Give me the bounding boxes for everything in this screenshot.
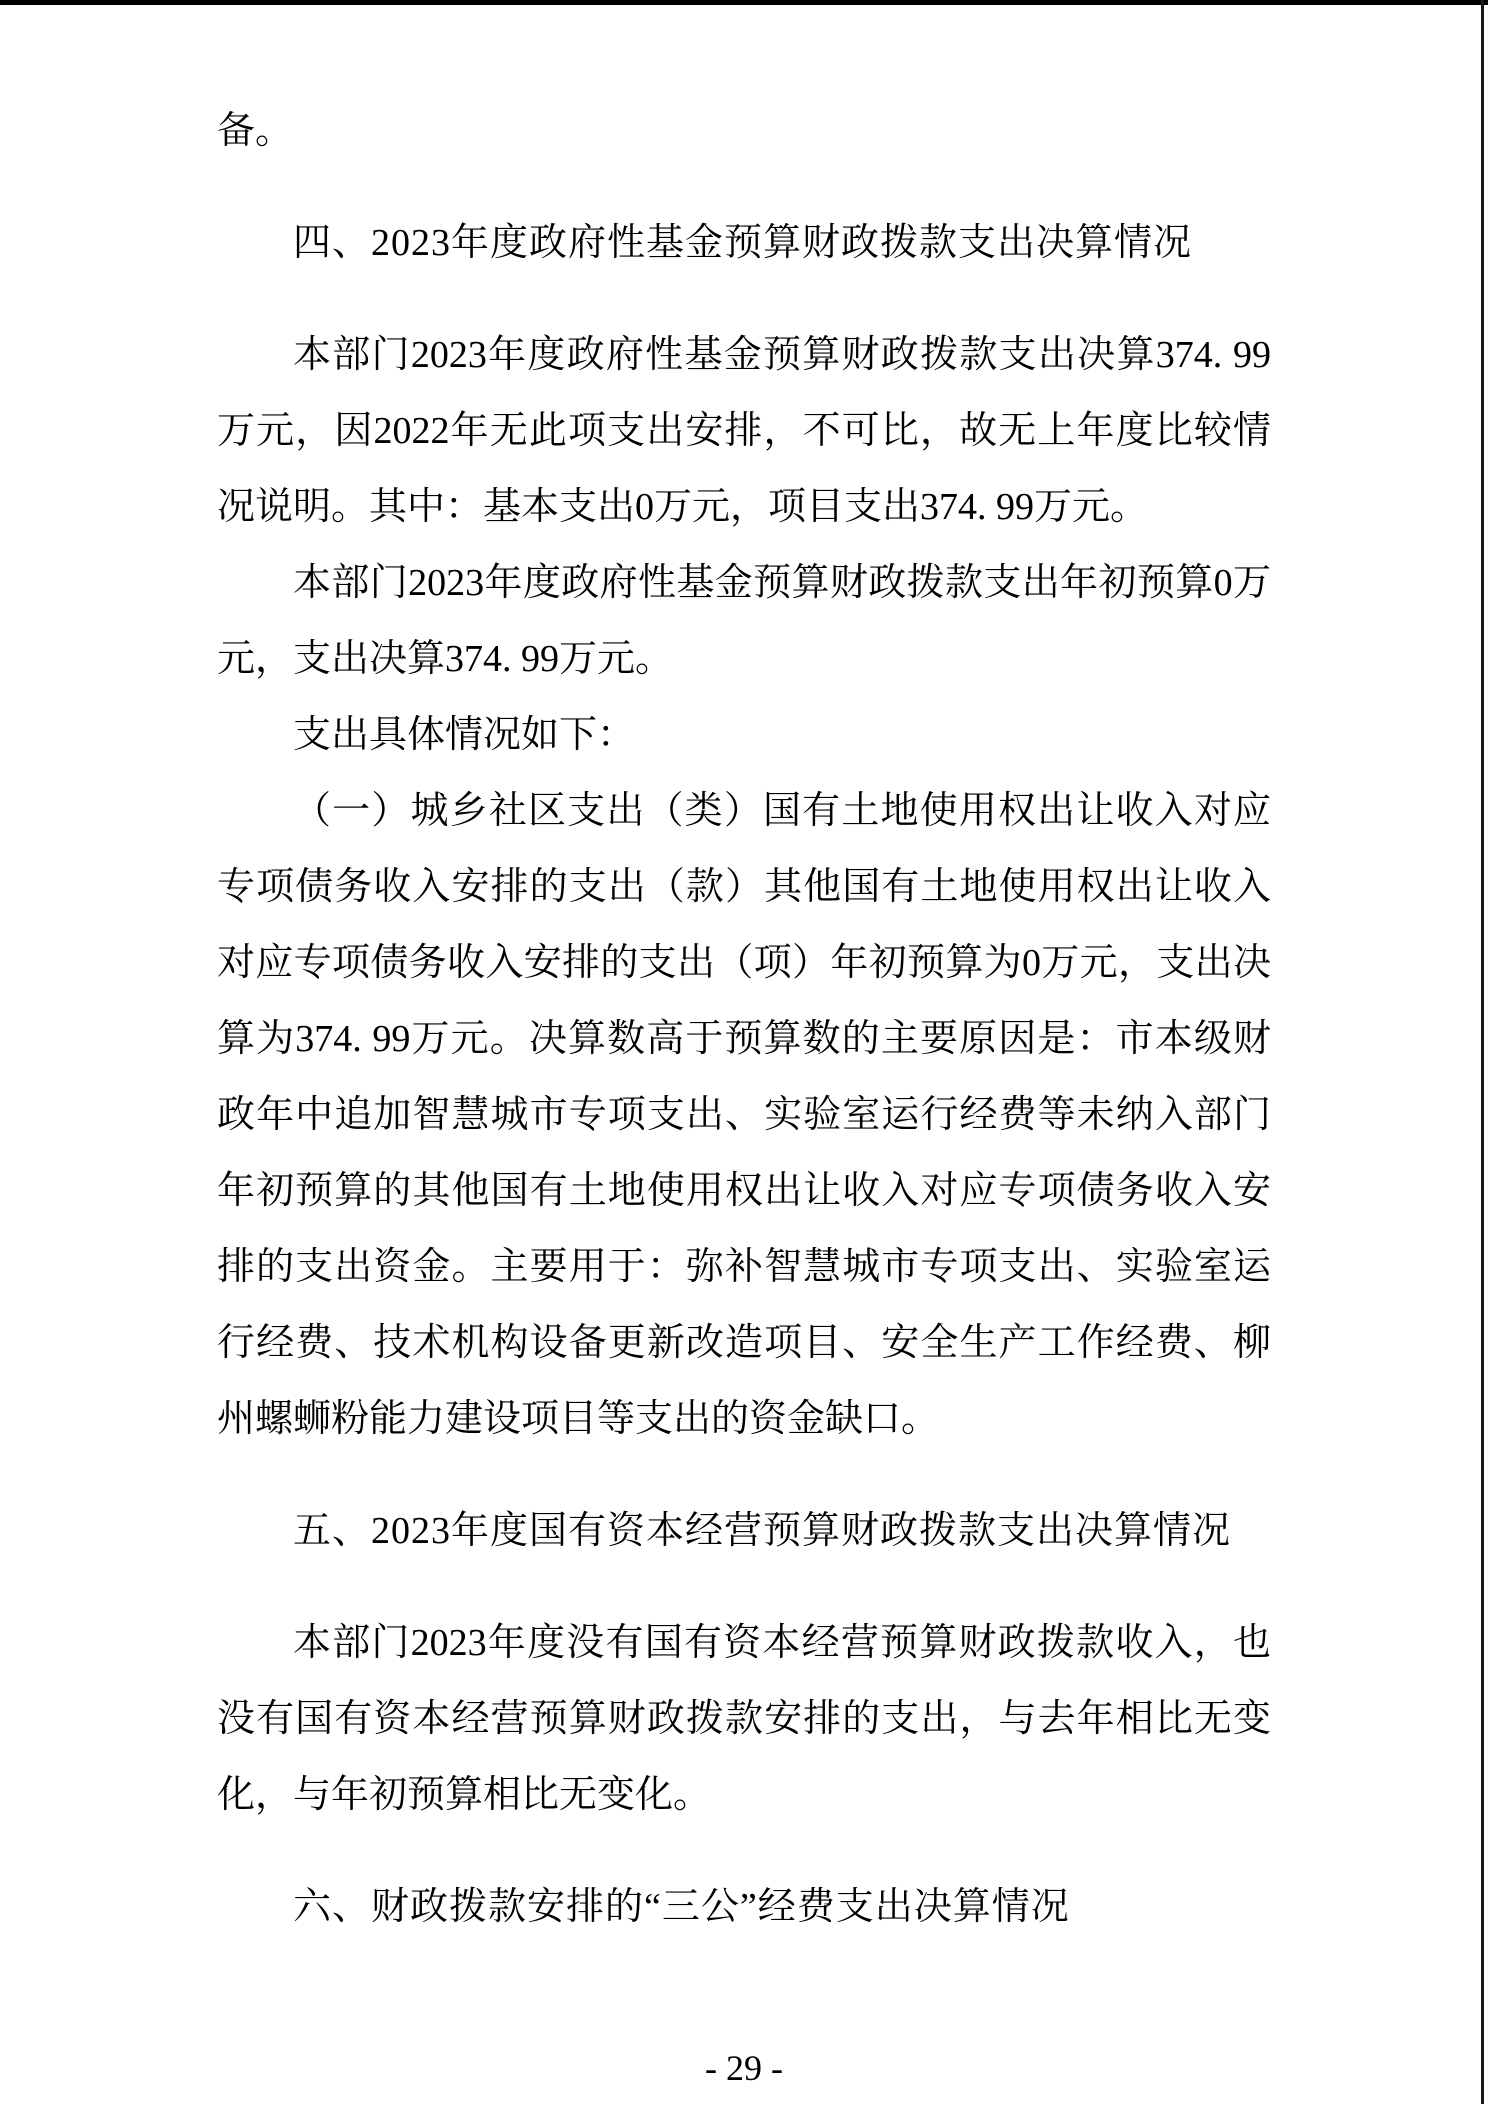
section-five-heading: 五、2023年度国有资本经营预算财政拨款支出决算情况 xyxy=(217,1493,1271,1569)
scan-border-top xyxy=(0,0,1488,5)
body-paragraph: 本部门2023年度没有国有资本经营预算财政拨款收入，也没有国有资本经营预算财政拨… xyxy=(217,1605,1271,1833)
document-page: 备。 四、2023年度政府性基金预算财政拨款支出决算情况 本部门2023年度政府… xyxy=(0,0,1488,2104)
section-four-heading: 四、2023年度政府性基金预算财政拨款支出决算情况 xyxy=(217,205,1271,281)
scan-border-right xyxy=(1481,0,1484,2104)
body-paragraph: 本部门2023年度政府性基金预算财政拨款支出年初预算0万元，支出决算374. 9… xyxy=(217,545,1271,697)
section-six-heading: 六、财政拨款安排的“三公”经费支出决算情况 xyxy=(217,1869,1271,1945)
body-paragraph: 本部门2023年度政府性基金预算财政拨款支出决算374. 99万元，因2022年… xyxy=(217,317,1271,545)
document-content: 备。 四、2023年度政府性基金预算财政拨款支出决算情况 本部门2023年度政府… xyxy=(217,93,1271,1981)
body-paragraph: （一）城乡社区支出（类）国有土地使用权出让收入对应专项债务收入安排的支出（款）其… xyxy=(217,773,1271,1457)
continuation-paragraph: 备。 xyxy=(217,93,1271,169)
page-number: - 29 - xyxy=(0,2046,1488,2090)
body-paragraph: 支出具体情况如下： xyxy=(217,697,1271,773)
